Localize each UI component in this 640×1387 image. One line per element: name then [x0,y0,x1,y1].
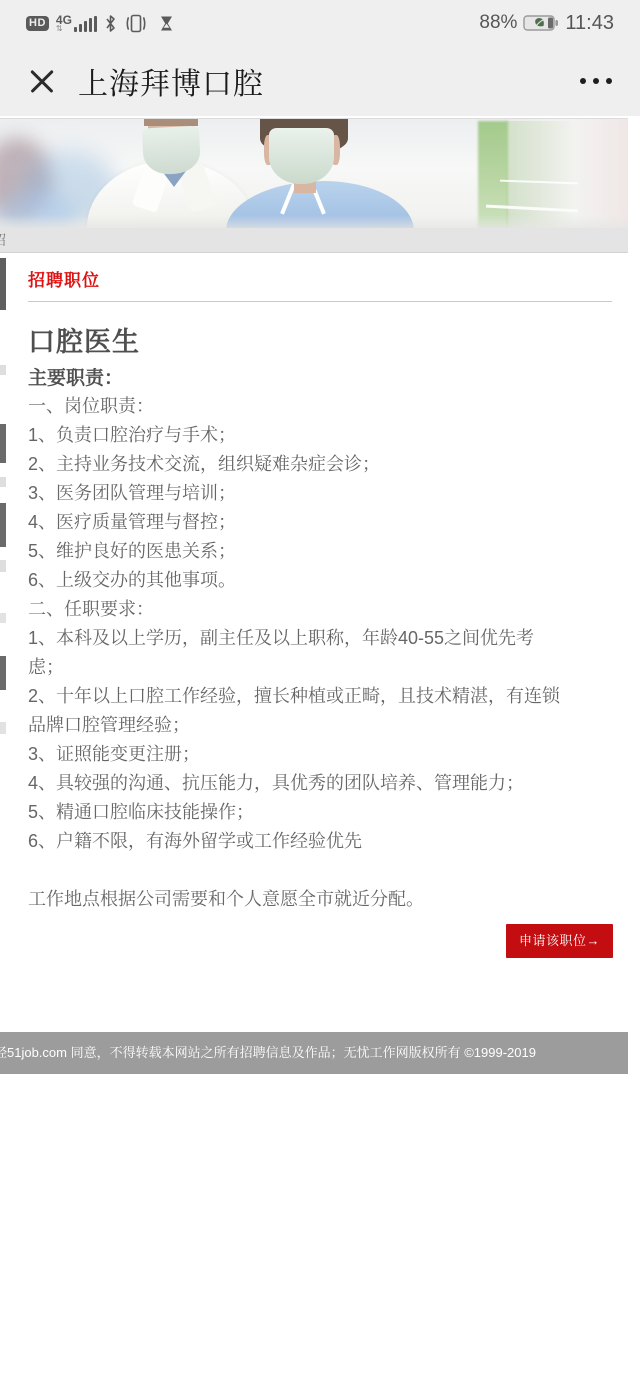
job-line: 4、具较强的沟通、抗压能力，具优秀的团队培养、管理能力； [28,769,563,798]
job-line: 2、主持业务技术交流，组织疑难杂症会诊； [28,450,563,479]
status-icons-right: 88% 11:43 [479,12,614,35]
job-line: 6、上级交办的其他事项。 [28,566,563,595]
tab-clipped-label[interactable]: 绍 [0,228,6,253]
footer-text: 经51job.com 同意，不得转载本网站之所有招聘信息及作品；无忧工作网版权所… [0,1032,536,1074]
clipped-glyph-fragment [0,477,6,487]
clipped-glyph-fragment [0,560,6,572]
tab-strip[interactable]: 绍 [0,228,628,253]
clipped-glyph-fragment [0,613,6,623]
nurse-mask [269,128,334,184]
job-line: 4、医疗质量管理与督控； [28,508,563,537]
hero-green-panel [478,121,508,228]
status-icons-left: HD 4G ⇅ [26,14,174,33]
job-line: 一、岗位职责： [28,392,563,421]
hero-haze [0,215,628,228]
network-4g-label: 4G [56,15,72,25]
clipped-glyph-fragment [0,503,6,547]
job-title: 口腔医生 [28,320,140,359]
job-line: 1、本科及以上学历，副主任及以上职称，年龄40-55之间优先考虑； [28,624,563,682]
doctor-hair [144,119,198,126]
signal-strength-icon [74,16,97,32]
job-line: 6、户籍不限，有海外留学或工作经验优先 [28,827,563,856]
job-location-note: 工作地点根据公司需要和个人意愿全市就近分配。 [28,885,563,914]
alarm-hourglass-icon [159,15,174,32]
close-icon[interactable] [28,67,56,95]
job-line: 2、十年以上口腔工作经验，擅长种植或正畸，且技术精湛，有连锁品牌口腔管理经验； [28,682,563,740]
clipped-glyph-fragment [0,656,6,690]
hero-green-fade [506,121,576,228]
hd-volte-icon: HD [26,16,49,31]
job-line: 1、负责口腔治疗与手术； [28,421,563,450]
bluetooth-icon [104,14,117,33]
job-line: 3、医务团队管理与培训； [28,479,563,508]
clipped-glyph-fragment [0,424,6,463]
apply-button[interactable]: 申请该职位→ [506,924,613,958]
footer-copyright-bar: 经51job.com 同意，不得转载本网站之所有招聘信息及作品；无忧工作网版权所… [0,1032,628,1074]
job-line: 二、任职要求： [28,595,563,624]
vibrate-mode-icon [124,14,148,33]
hero-image [0,118,628,228]
more-menu-icon[interactable] [580,72,612,90]
navigation-bar: 上海拜博口腔 [0,46,640,116]
section-header: 招聘职位 [28,266,100,291]
battery-percent: 88% [479,12,517,34]
clipped-glyph-fragment [0,365,6,375]
screen: HD 4G ⇅ [0,0,640,1387]
job-line: 5、维护良好的医患关系； [28,537,563,566]
job-line: 3、证照能变更注册； [28,740,563,769]
battery-icon [523,14,559,32]
job-line: 5、精通口腔临床技能操作； [28,798,563,827]
data-arrows-icon: ⇅ [56,25,63,32]
job-subtitle: 主要职责： [28,363,123,390]
network-type: 4G ⇅ [56,15,97,32]
status-bar: HD 4G ⇅ [0,0,640,46]
section-divider [28,301,612,302]
clock: 11:43 [565,12,614,35]
clipped-glyph-fragment [0,258,6,310]
clipped-glyph-fragment [0,722,6,734]
job-description: 一、岗位职责： 1、负责口腔治疗与手术； 2、主持业务技术交流，组织疑难杂症会诊… [28,392,563,914]
page-title: 上海拜博口腔 [78,59,264,103]
